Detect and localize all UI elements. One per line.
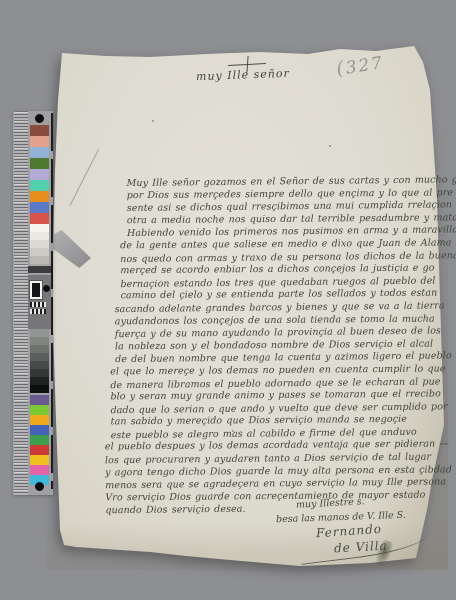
- grayscale-step: [30, 369, 49, 377]
- grayscale-step: [30, 377, 49, 385]
- color-patch: [30, 395, 49, 405]
- color-patch: [30, 415, 49, 425]
- registration-dot-bottom: [35, 482, 44, 491]
- color-patch: [30, 180, 49, 191]
- calibration-patch-column: [30, 111, 50, 495]
- manuscript-body-text: Muy Ille señor gozamos en el Señor de su…: [103, 175, 434, 518]
- registration-dot-top: [35, 114, 44, 123]
- photo-stage: muy Ille señor (327 Muy Ille señor gozam…: [0, 0, 456, 600]
- color-patch: [30, 445, 49, 455]
- color-patch: [30, 455, 49, 465]
- color-patch: [30, 202, 49, 213]
- dark-separator-bar: [28, 266, 51, 273]
- registration-dot-middle: [43, 285, 50, 292]
- resolution-target-section: [28, 275, 51, 329]
- ink-speck: [329, 145, 331, 147]
- grayscale-step: [30, 256, 49, 264]
- grayscale-step: [30, 337, 49, 345]
- color-patch: [30, 191, 49, 202]
- color-patch: [30, 147, 49, 158]
- color-patch: [30, 213, 49, 224]
- ink-speck: [152, 120, 154, 122]
- grayscale-step: [30, 353, 49, 361]
- checkerboard-row: [30, 302, 46, 307]
- grayscale-step: [30, 385, 49, 393]
- color-patch: [30, 465, 49, 475]
- color-patch: [30, 158, 49, 169]
- grayscale-step: [30, 345, 49, 353]
- grayscale-step: [30, 224, 49, 232]
- color-patch: [30, 425, 49, 435]
- grayscale-step: [30, 240, 49, 248]
- color-patch: [30, 169, 49, 180]
- checkerboard-row: [30, 309, 46, 314]
- color-patch: [30, 125, 49, 136]
- resolution-target-black: [32, 283, 40, 297]
- calibration-ruler-markings: [14, 111, 28, 495]
- grayscale-step: [30, 232, 49, 240]
- color-patch: [30, 136, 49, 147]
- calibration-edge-line: [51, 113, 53, 489]
- grayscale-step: [30, 248, 49, 256]
- color-patch: [30, 405, 49, 415]
- resolution-target-frame: [30, 281, 42, 299]
- grayscale-step: [30, 361, 49, 369]
- grayscale-step: [30, 329, 49, 337]
- color-calibration-bar: [13, 111, 53, 495]
- color-patch: [30, 435, 49, 445]
